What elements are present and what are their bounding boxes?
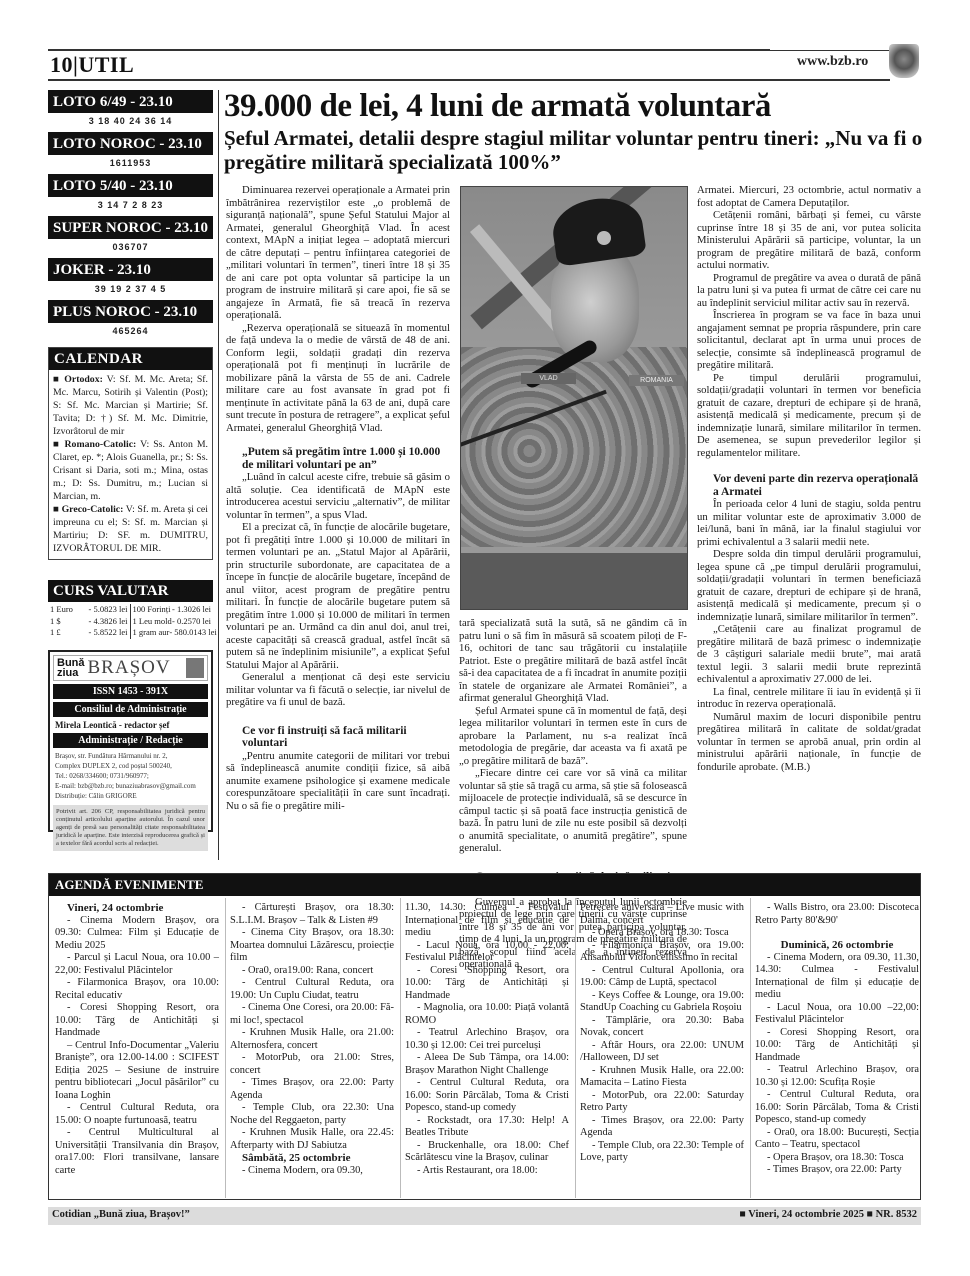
photo-beret — [549, 193, 647, 267]
agenda-item: - Temple Club, ora 22.30: Temple of Love… — [580, 1140, 744, 1165]
lotto-numbers: 39 19 2 37 4 5 — [48, 281, 213, 300]
calendar-body: ■ Ortodox: V: Sf. M. Mc. Areta; Sf. Mc. … — [49, 370, 212, 559]
agenda-column-1: Vineri, 24 octombrie - Cinema Modern Bra… — [55, 902, 219, 1177]
agenda-item: - Walls Bistro, ora 23.00: Discoteca Ret… — [755, 902, 919, 927]
agenda-item: - Centrul Cultural Reduta, ora 16.00: So… — [405, 1077, 569, 1115]
agenda-column-5: - Walls Bistro, ora 23.00: Discoteca Ret… — [755, 902, 919, 1177]
paragraph: „Rezerva operațională se situează în mom… — [226, 322, 450, 435]
agenda-item: - Cinema Modern, ora 09.30, 11.30, 14.30… — [755, 952, 919, 1002]
lotto-title: LOTO 6/49 - 23.10 — [48, 90, 213, 113]
address-line: Complex DUPLEX 2, cod poștal 500240, — [55, 761, 208, 771]
footer-date-issue: ■ Vineri, 24 octombrie 2025 ■ NR. 8532 — [740, 1209, 917, 1220]
agenda-item: Petrecere aniversară – Live music with D… — [580, 902, 744, 927]
exchange-row: 100 Forinți- 1.3026 lei — [131, 604, 214, 616]
currency: 1 $ — [50, 616, 61, 628]
agenda-item: - Opera Brașov, ora 18.30: Tosca — [755, 1152, 919, 1165]
agenda-title: AGENDĂ EVENIMENTE — [49, 874, 920, 896]
agenda-item: - Centrul Cultural Reduta, ora 15.00: O … — [55, 1102, 219, 1127]
paragraph: „Fiecare dintre cei care vor să vină ca … — [459, 767, 687, 855]
paragraph: Armatei. Miercuri, 23 octombrie, actul n… — [697, 184, 921, 209]
agenda-item: - Parcul și Lacul Noua, ora 10.00 – 22,0… — [55, 952, 219, 977]
logo-buna-ziua: Bunăziua — [57, 658, 85, 678]
currency: 1 £ — [50, 627, 61, 639]
lotto-numbers: 3 14 7 2 8 23 — [48, 197, 213, 216]
agenda-item: - Artis Restaurant, ora 18.00: — [405, 1165, 569, 1178]
currency: 1 gram aur — [133, 627, 170, 639]
paragraph: „Cetățenii care au finalizat programul d… — [697, 623, 921, 686]
lotto-numbers: 036707 — [48, 239, 213, 258]
newspaper-logo: Bunăziua BRAȘOV — [53, 655, 208, 681]
masthead-box: Bunăziua BRAȘOV ISSN 1453 - 391X Consili… — [48, 650, 213, 832]
article-column-1: Diminuarea rezervei operaționale a Armat… — [226, 184, 450, 812]
agenda-day-heading: Duminică, 26 octombrie — [755, 939, 919, 952]
paragraph: Diminuarea rezervei operaționale a Armat… — [226, 184, 450, 322]
currency: 1 Leu mold — [133, 616, 172, 628]
agenda-item: - Cinema Modern, ora 09.30, — [230, 1165, 394, 1178]
exchange-col-left: 1 Euro- 5.0823 lei 1 $- 4.3826 lei 1 £- … — [48, 604, 131, 639]
rate: - 4.3826 lei — [89, 616, 128, 628]
paragraph: „Pentru anumite categorii de militari vo… — [226, 750, 450, 813]
agenda-day-heading: Vineri, 24 octombrie — [55, 902, 219, 915]
agenda-item: - Opera Brașov, ora 18.30: Tosca — [580, 927, 744, 940]
agenda-item: - Times Brașov, ora 22.00: Party — [755, 1164, 919, 1177]
agenda-item: - Teatrul Arlechino Brașov, ora 10.30 și… — [755, 1064, 919, 1089]
rate: - 5.8522 lei — [89, 627, 128, 639]
lotto-numbers: 1611953 — [48, 155, 213, 174]
column-divider — [750, 898, 751, 1198]
lotto-numbers: 465264 — [48, 323, 213, 342]
agenda-item: - Lacul Noua, ora 10.00 –22,00: Festival… — [755, 1002, 919, 1027]
editor-in-chief: Mirela Leontică - redactor șef — [53, 719, 208, 732]
header-top-rule-right — [770, 50, 890, 51]
agenda-item: - Centrul Multicultural al Universității… — [55, 1127, 219, 1177]
photo-podium — [461, 547, 688, 610]
admin-label: Administrație / Redacție — [53, 733, 208, 748]
rate: - 5.0823 lei — [89, 604, 128, 616]
agenda-item: - Coresi Shopping Resort, ora 10.00: Târ… — [405, 965, 569, 1003]
square-bullet-icon: ■ — [53, 439, 64, 450]
agenda-item: - Coresi Shopping Resort, ora 10.00: Târ… — [55, 1002, 219, 1040]
phone: Tel.: 0268/334600; 0731/960977; — [55, 771, 208, 781]
lotto-block: LOTO NOROC - 23.101611953 — [48, 132, 213, 174]
calendar-greco: ■ Greco-Catolic: V: Sf. m. Areta și cei … — [53, 503, 208, 555]
calendar-label: Ortodox: — [64, 374, 103, 385]
agenda-item: - Cinema Modern Brașov, ora 09.30: Culme… — [55, 915, 219, 953]
paragraph: „Luând în calcul aceste cifre, trebuie s… — [226, 471, 450, 521]
paragraph: Generalul a menționat că deși este servi… — [226, 671, 450, 709]
footer-publication: Cotidian „Bună ziua, Brașov!” — [52, 1209, 190, 1220]
header-top-rule — [48, 49, 770, 51]
paragraph: În perioada celor 4 luni de stagiu, sold… — [697, 498, 921, 548]
exchange-col-right: 100 Forinți- 1.3026 lei 1 Leu mold- 0.25… — [131, 604, 214, 639]
article-subheadline: Șeful Armatei, detalii despre stagiul mi… — [224, 126, 924, 174]
logo-ziua: ziua — [57, 668, 85, 678]
name-tag: VLAD — [521, 373, 576, 384]
paragraph: Despre solda din timpul derulării progra… — [697, 548, 921, 623]
agenda-item: - Teatrul Arlechino Brașov, ora 10.30 și… — [405, 1027, 569, 1052]
calendar-title: CALENDAR — [49, 348, 212, 370]
exchange-title: CURS VALUTAR — [48, 580, 213, 602]
exchange-row: 1 £- 5.8522 lei — [48, 627, 130, 639]
agenda-item: - Filarmonica Brașov, ora 19.00: Ansambl… — [580, 940, 744, 965]
article-column-3: Armatei. Miercuri, 23 octombrie, actul n… — [697, 184, 921, 773]
contact-info: Brașov, str. Fundătura Hărmanului nr. 2,… — [53, 751, 208, 801]
agenda-item: - Magnolia, ora 10.00: Piață volantă ROM… — [405, 1002, 569, 1027]
agenda-day-heading: Sâmbătă, 25 octombrie — [230, 1152, 394, 1165]
rate: - 580.0143 lei — [169, 627, 216, 639]
agenda-item: - Centrul Cultural Reduta, ora 16.00: So… — [755, 1089, 919, 1127]
agenda-item: - Filarmonica Brașov, ora 10.00: Recital… — [55, 977, 219, 1002]
agenda-item: - Coresi Shopping Resort, ora 10.00: Târ… — [755, 1027, 919, 1065]
paragraph: Înscrierea în program se va face în baza… — [697, 309, 921, 372]
lotto-title: LOTO NOROC - 23.10 — [48, 132, 213, 155]
site-url-link[interactable]: www.bzb.ro — [797, 54, 868, 70]
agenda-item: - Kruhnen Musik Halle, ora 22.45: Afterp… — [230, 1127, 394, 1152]
paragraph: El a precizat că, în funcție de alocăril… — [226, 521, 450, 671]
square-bullet-icon: ■ — [53, 374, 64, 385]
lotto-block: LOTO 6/49 - 23.103 18 40 24 36 14 — [48, 90, 213, 132]
page-section-label: 10|UTIL — [50, 52, 134, 78]
currency: 1 Euro — [50, 604, 73, 616]
lotto-block: LOTO 5/40 - 23.103 14 7 2 8 23 — [48, 174, 213, 216]
exchange-row: 1 Leu mold- 0.2570 lei — [131, 616, 214, 628]
agenda-item: 11.30, 14.30: Culmea - Festivalul Intern… — [405, 902, 569, 940]
rate: - 1.3026 lei — [172, 604, 211, 616]
brasov-crest-icon — [889, 44, 919, 78]
calendar-romano: ■ Romano-Catolic: V: Ss. Anton M. Claret… — [53, 438, 208, 503]
agenda-item: - Cinema City Brașov, ora 18.30: Moartea… — [230, 927, 394, 965]
paragraph: Numărul maxim de locuri disponibile pent… — [697, 711, 921, 774]
agenda-item: – Centrul Info-Documentar „Valeriu Brani… — [55, 1040, 219, 1103]
events-agenda: AGENDĂ EVENIMENTE Vineri, 24 octombrie -… — [48, 873, 921, 1200]
agenda-item: - Times Brașov, ora 22.00: Party Agenda — [580, 1115, 744, 1140]
calendar-ortodox: ■ Ortodox: V: Sf. M. Mc. Areta; Sf. Mc. … — [53, 373, 208, 438]
agenda-item: - Tâmplărie, ora 20.30: Baba Novak, conc… — [580, 1015, 744, 1040]
country-tag: ROMANIA — [629, 375, 684, 386]
agenda-column-3: 11.30, 14.30: Culmea - Festivalul Intern… — [405, 902, 569, 1177]
agenda-item: - Centrul Cultural Reduta, ora 19.00: Un… — [230, 977, 394, 1002]
agenda-item: - Times Brașov, ora 22.00: Party Agenda — [230, 1077, 394, 1102]
distribution: Distribuție: Călin GRIGORE — [55, 791, 208, 801]
article-headline: 39.000 de lei, 4 luni de armată voluntar… — [224, 87, 924, 125]
lotto-title: JOKER - 23.10 — [48, 258, 213, 281]
agenda-item: - Bruckenhalle, ora 18.00: Chef Scărlăte… — [405, 1140, 569, 1165]
exchange-rates: CURS VALUTAR 1 Euro- 5.0823 lei 1 $- 4.3… — [48, 580, 213, 639]
exchange-row: 1 $- 4.3826 lei — [48, 616, 130, 628]
lotto-block: PLUS NOROC - 23.10465264 — [48, 300, 213, 342]
agenda-item: - Aleea De Sub Tâmpa, ora 14.00: Brașov … — [405, 1052, 569, 1077]
email[interactable]: E-mail: bzb@bzb.ro; bunaziuabrasov@gmail… — [55, 781, 208, 791]
paragraph: tară specializată sută la sută, să ne gâ… — [459, 617, 687, 705]
agenda-item: - Aftăr Hours, ora 22.00: UNUM /Hallowee… — [580, 1040, 744, 1065]
address-line: Brașov, str. Fundătura Hărmanului nr. 2, — [55, 751, 208, 761]
agenda-item: - Temple Club, ora 22.30: Una Noche del … — [230, 1102, 394, 1127]
header-bottom-rule — [48, 79, 890, 81]
agenda-item: - Kruhnen Musik Halle, ora 21.00: Altern… — [230, 1027, 394, 1052]
exchange-table: 1 Euro- 5.0823 lei 1 $- 4.3826 lei 1 £- … — [48, 604, 213, 639]
agenda-item: - Lacul Noua, ora 10.00 - 22,00: Festiva… — [405, 940, 569, 965]
page-number: 10 — [50, 52, 73, 77]
paragraph: La final, centrele militare îi iau în ev… — [697, 686, 921, 711]
page-footer: Cotidian „Bună ziua, Brașov!” ■ Vineri, … — [48, 1207, 921, 1225]
agenda-column-4: Petrecere aniversară – Live music with D… — [580, 902, 744, 1165]
rate: - 0.2570 lei — [172, 616, 211, 628]
calendar-label: Romano-Catolic: — [64, 439, 136, 450]
lotto-results: LOTO 6/49 - 23.103 18 40 24 36 14 LOTO N… — [48, 90, 213, 342]
lotto-title: PLUS NOROC - 23.10 — [48, 300, 213, 323]
agenda-item: - Cărturești Brașov, ora 18.30: S.L.I.M.… — [230, 902, 394, 927]
lotto-title: SUPER NOROC - 23.10 — [48, 216, 213, 239]
agenda-item: - Cinema One Coresi, ora 20.00: Fă-mi lo… — [230, 1002, 394, 1027]
agenda-columns: Vineri, 24 octombrie - Cinema Modern Bra… — [49, 898, 922, 1198]
lotto-numbers: 3 18 40 24 36 14 — [48, 113, 213, 132]
agenda-item: - Kruhnen Musik Halle, ora 22.00: Mamaci… — [580, 1065, 744, 1090]
paragraph: Șeful Armatei spune că în momentul de fa… — [459, 705, 687, 768]
issn: ISSN 1453 - 391X — [53, 684, 208, 699]
paragraph: Programul de pregătire va avea o durată … — [697, 272, 921, 310]
article-photo-general: VLAD ROMANIA — [460, 186, 688, 610]
agenda-item: - Rockstadt, ora 17.30: Help! A Beatles … — [405, 1115, 569, 1140]
exchange-row: 1 gram aur- 580.0143 lei — [131, 627, 214, 639]
agenda-item: - Centrul Cultural Apollonia, ora 19.00:… — [580, 965, 744, 990]
column-divider — [575, 898, 576, 1198]
currency: 100 Forinți — [133, 604, 171, 616]
sidebar-divider — [218, 90, 219, 860]
lotto-block: JOKER - 23.1039 19 2 37 4 5 — [48, 258, 213, 300]
legal-notice: Potrivit art. 206 CP, responsabilitatea … — [53, 805, 208, 851]
calendar-box: CALENDAR ■ Ortodox: V: Sf. M. Mc. Areta;… — [48, 347, 213, 560]
calendar-label: Greco-Catolic: — [62, 504, 124, 515]
logo-crest-icon — [186, 658, 204, 678]
section-heading: Ce vor fi instruiți să facă militarii vo… — [226, 725, 450, 750]
council-label: Consiliul de Administrație — [53, 702, 208, 717]
lotto-title: LOTO 5/40 - 23.10 — [48, 174, 213, 197]
column-divider — [225, 898, 226, 1198]
agenda-item: - Ora0, ora19.00: Rana, concert — [230, 965, 394, 978]
section-heading: Vor deveni parte din rezerva operațional… — [697, 473, 921, 498]
column-divider — [400, 898, 401, 1198]
agenda-column-2: - Cărturești Brașov, ora 18.30: S.L.I.M.… — [230, 902, 394, 1177]
paragraph: Pe timpul derulării programului, soldați… — [697, 372, 921, 460]
beret-badge-icon — [597, 231, 611, 245]
section-heading: „Putem să pregătim între 1.000 și 10.000… — [226, 446, 450, 471]
agenda-item: - MotorPub, ora 22.00: Saturday Retro Pa… — [580, 1090, 744, 1115]
square-bullet-icon: ■ — [53, 504, 62, 515]
agenda-item: - Ora0, ora 18.00: București, Secția Can… — [755, 1127, 919, 1152]
logo-brasov: BRAȘOV — [88, 657, 171, 679]
paragraph: Cetățenii români, bărbați și femei, cu v… — [697, 209, 921, 272]
lotto-block: SUPER NOROC - 23.10036707 — [48, 216, 213, 258]
section-name: UTIL — [78, 52, 134, 77]
agenda-item: - MotorPub, ora 21.00: Stres, concert — [230, 1052, 394, 1077]
exchange-row: 1 Euro- 5.0823 lei — [48, 604, 130, 616]
agenda-item: - Keys Coffee & Lounge, ora 19.00: Stand… — [580, 990, 744, 1015]
